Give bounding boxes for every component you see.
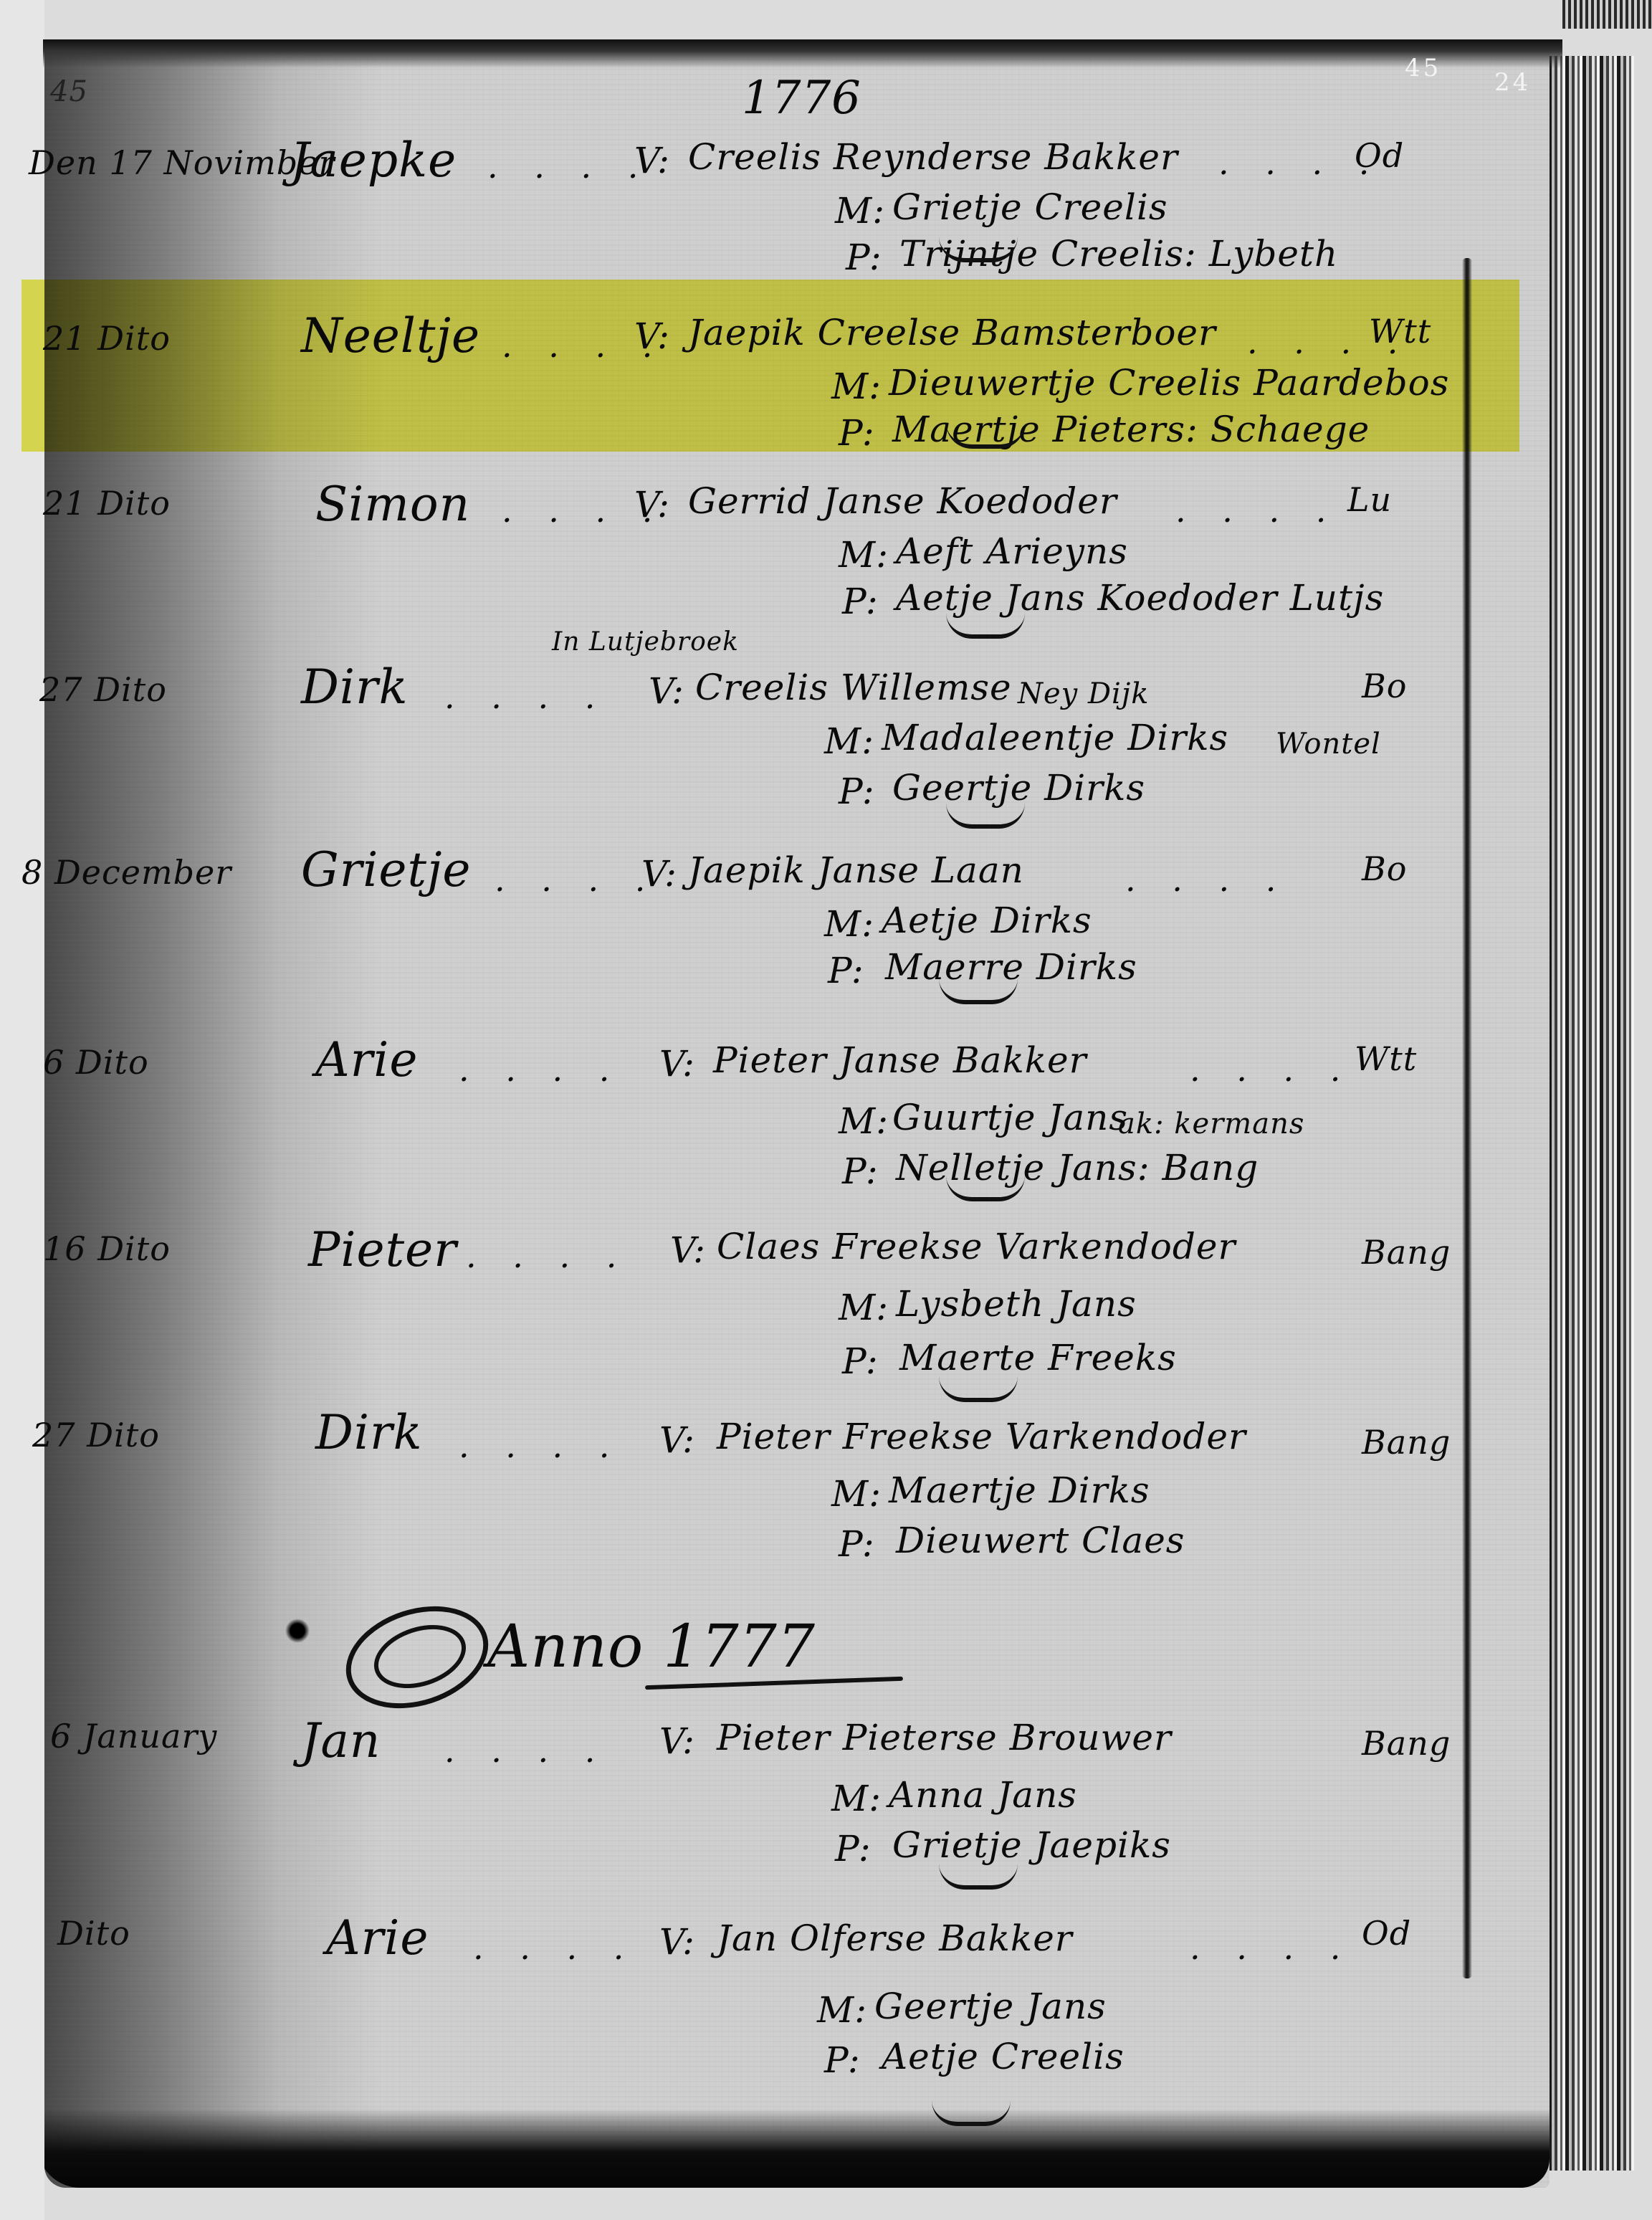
child-name: Arie (315, 1032, 418, 1087)
witness-name: Maerte Freeks (899, 1337, 1177, 1378)
dot-leader: . . . . (1190, 1928, 1353, 1967)
father-name: Pieter Freekse Varkendoder (717, 1416, 1246, 1457)
child-name: Jaepke (290, 133, 457, 188)
father-name: Creelis Willemse (695, 667, 1012, 708)
father-label: V: (659, 1419, 695, 1461)
page-stamp-number-1: 45 (1405, 54, 1441, 82)
dot-leader: . . . . (444, 677, 608, 716)
entry-date: 6 January (50, 1717, 217, 1755)
section-heading: Anno 1777 (487, 1613, 816, 1681)
father-label: V: (641, 853, 677, 895)
child-name: Grietje (301, 842, 471, 897)
witness-label: P: (839, 1523, 875, 1565)
year-heading: 1776 (742, 72, 861, 125)
right-margin-rule (1462, 258, 1472, 1978)
mother-name: Guurtje Jans (892, 1097, 1128, 1138)
mother-label: M: (835, 190, 885, 232)
father-name: Pieter Pieterse Brouwer (717, 1717, 1172, 1758)
dot-leader: . . . . (466, 1237, 629, 1275)
mother-label: M: (824, 903, 874, 945)
witness-label: P: (828, 950, 864, 991)
father-label: V: (659, 1720, 695, 1762)
entry-date: 16 Dito (43, 1229, 171, 1268)
mother-label: M: (839, 534, 889, 576)
mother-name: Maertje Dirks (889, 1469, 1150, 1511)
residence-place: Wtt (1355, 1039, 1417, 1078)
mother-label: M: (824, 720, 874, 762)
entry-date: 8 December (22, 853, 231, 892)
child-name: Simon (315, 477, 470, 532)
residence-place: Bang (1362, 1724, 1451, 1763)
witness-name: Grietje Jaepiks (892, 1824, 1171, 1866)
witness-label: P: (846, 237, 882, 278)
father-label: V: (659, 1921, 695, 1963)
child-name: Dirk (315, 1405, 423, 1460)
residence-place: Bang (1362, 1423, 1451, 1462)
dot-leader: . . . . (1125, 860, 1289, 899)
father-name: Jaepik Janse Laan (688, 849, 1024, 891)
child-name: Neeltje (301, 308, 480, 363)
father-label: V: (670, 1229, 706, 1271)
book-page-stack (1548, 56, 1634, 2171)
residence-place: Od (1355, 136, 1404, 175)
residence-place: Od (1362, 1914, 1411, 1953)
dot-leader: . . . . (487, 147, 651, 186)
child-name: Jan (301, 1713, 381, 1768)
father-name: Claes Freekse Varkendoder (717, 1226, 1236, 1267)
father-label: V: (634, 484, 670, 525)
page-number-left: 45 (50, 75, 88, 108)
residence-place: Bang (1362, 1233, 1451, 1272)
page-stamp-number-2: 24 (1494, 68, 1531, 97)
residence-place: Lu (1347, 480, 1392, 519)
mother-label: M: (839, 1100, 889, 1142)
dot-leader: . . . . (495, 860, 658, 899)
witness-name: Aetje Creelis (882, 2036, 1125, 2077)
entry-date: 27 Dito (39, 670, 167, 709)
father-name: Jan Olferse Bakker (717, 1918, 1073, 1959)
mother-name: Geertje Jans (874, 1986, 1107, 2027)
mother-name: Dieuwertje Creelis Paardebos (889, 362, 1449, 404)
mother-name: Madaleentje Dirks (882, 717, 1228, 758)
witness-label: P: (839, 771, 875, 812)
witness-label: P: (842, 581, 879, 622)
witness-label: P: (835, 1828, 872, 1869)
page-top-shadow (43, 39, 1562, 68)
entry-date: Den 17 Novimber (29, 143, 335, 182)
witness-label: P: (842, 1151, 879, 1192)
mother-label: M: (839, 1287, 889, 1328)
mother-label: M: (831, 1473, 882, 1515)
dot-leader: . . . . (1190, 1050, 1353, 1089)
mother-name: Lysbeth Jans (896, 1283, 1137, 1325)
child-name: Arie (326, 1910, 429, 1966)
mother-label: M: (831, 366, 882, 407)
father-name: Creelis Reynderse Bakker (688, 136, 1178, 178)
witness-label: P: (839, 412, 875, 454)
entry-date: 21 Dito (43, 319, 171, 358)
mother-name: Anna Jans (889, 1774, 1077, 1816)
mother-name: Aetje Dirks (882, 900, 1092, 941)
witness-label: P: (824, 2039, 861, 2081)
entry-date: Dito (57, 1914, 130, 1953)
residence-place: Wtt (1369, 312, 1431, 351)
page-stack-top-edge (1562, 0, 1652, 29)
mother-name: Grietje Creelis (892, 186, 1168, 228)
mother-origin-note: Wontel (1276, 728, 1381, 761)
father-name: Jaepik Creelse Bamsterboer (688, 312, 1216, 353)
child-name: Dirk (301, 659, 409, 715)
father-label: V: (649, 670, 684, 712)
witness-name: Dieuwert Claes (896, 1520, 1185, 1561)
father-label: V: (659, 1043, 695, 1085)
child-name: Pieter (308, 1222, 457, 1277)
mother-label: M: (831, 1778, 882, 1819)
father-name: Pieter Janse Bakker (713, 1039, 1087, 1081)
father-label: V: (634, 315, 670, 357)
residence-place: Bo (1362, 667, 1408, 705)
place-annotation: In Lutjebroek (552, 627, 739, 657)
mother-label: M: (817, 1989, 867, 2031)
entry-date: 21 Dito (43, 484, 171, 523)
residence-place: Bo (1362, 849, 1408, 888)
ink-blot (283, 1616, 312, 1645)
witness-label: P: (842, 1340, 879, 1382)
entry-date: 6 Dito (43, 1043, 149, 1082)
dot-leader: . . . . (459, 1050, 622, 1089)
entry-date: 27 Dito (32, 1416, 160, 1454)
father-label: V: (634, 140, 670, 181)
dot-leader: . . . . (459, 1426, 622, 1465)
father-name: Gerrid Janse Koedoder (688, 480, 1117, 522)
mother-origin-note: ak: kermans (1118, 1107, 1304, 1140)
dot-leader: . . . . (444, 1731, 608, 1770)
father-origin-note: Ney Dijk (1018, 677, 1150, 710)
dot-leader: . . . . (473, 1928, 636, 1967)
dot-leader: . . . . (1175, 491, 1339, 530)
mother-name: Aeft Arieyns (896, 530, 1128, 572)
